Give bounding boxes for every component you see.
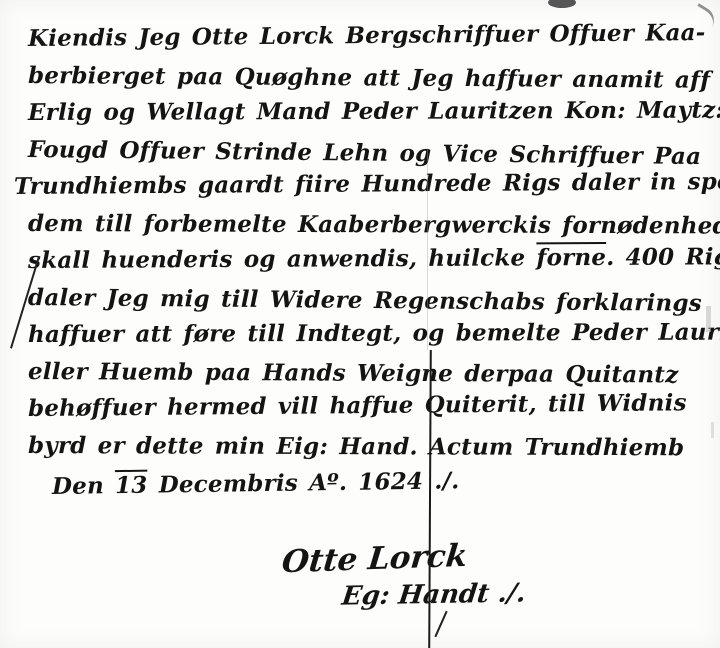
manuscript-line-amount: skall huenderis og anwendis, huilcke for… (28, 238, 710, 279)
signature-block: Otte Lorck Eg: Handt ./. (282, 540, 526, 610)
manuscript-line: Erlig og Wellagt Mand Peder Lauritzen Ko… (28, 92, 710, 131)
date-overline: 13 (115, 472, 148, 499)
line-text: . 400 Rigs (606, 243, 720, 271)
line-text: Den (52, 472, 115, 500)
manuscript-line: behøffuer hermed vill haffue Quiterit, t… (28, 384, 710, 427)
ink-speck-right (711, 422, 714, 438)
ink-smudge-top (548, 0, 576, 8)
signature-hand-note: Eg: Handt ./. (340, 578, 527, 611)
manuscript-page: Kiendis Jeg Otte Lorck Bergschriffuer Of… (0, 0, 720, 648)
manuscript-line: Trundhiembs gaardt fiire Hundrede Rigs d… (14, 163, 710, 205)
fold-crease-faint (427, 148, 428, 350)
manuscript-line: Kiendis Jeg Otte Lorck Bergschriffuer Of… (28, 14, 710, 57)
manuscript-text-block: Kiendis Jeg Otte Lorck Bergschriffuer Of… (28, 20, 710, 505)
abbreviation-overline: forne (536, 244, 606, 271)
line-text: Decembris Aº. 1624 ./. (147, 467, 459, 498)
signature-name: Otte Lorck (280, 536, 527, 581)
ink-flick-bottom (434, 611, 447, 637)
manuscript-date-line: Den 13 Decembris Aº. 1624 ./. (52, 459, 710, 505)
ink-speck-right (706, 306, 711, 332)
manuscript-line: haffuer att føre till Indtegt, og bemelt… (28, 314, 710, 353)
line-text: skall huenderis og anwendis, huilcke (28, 244, 537, 274)
